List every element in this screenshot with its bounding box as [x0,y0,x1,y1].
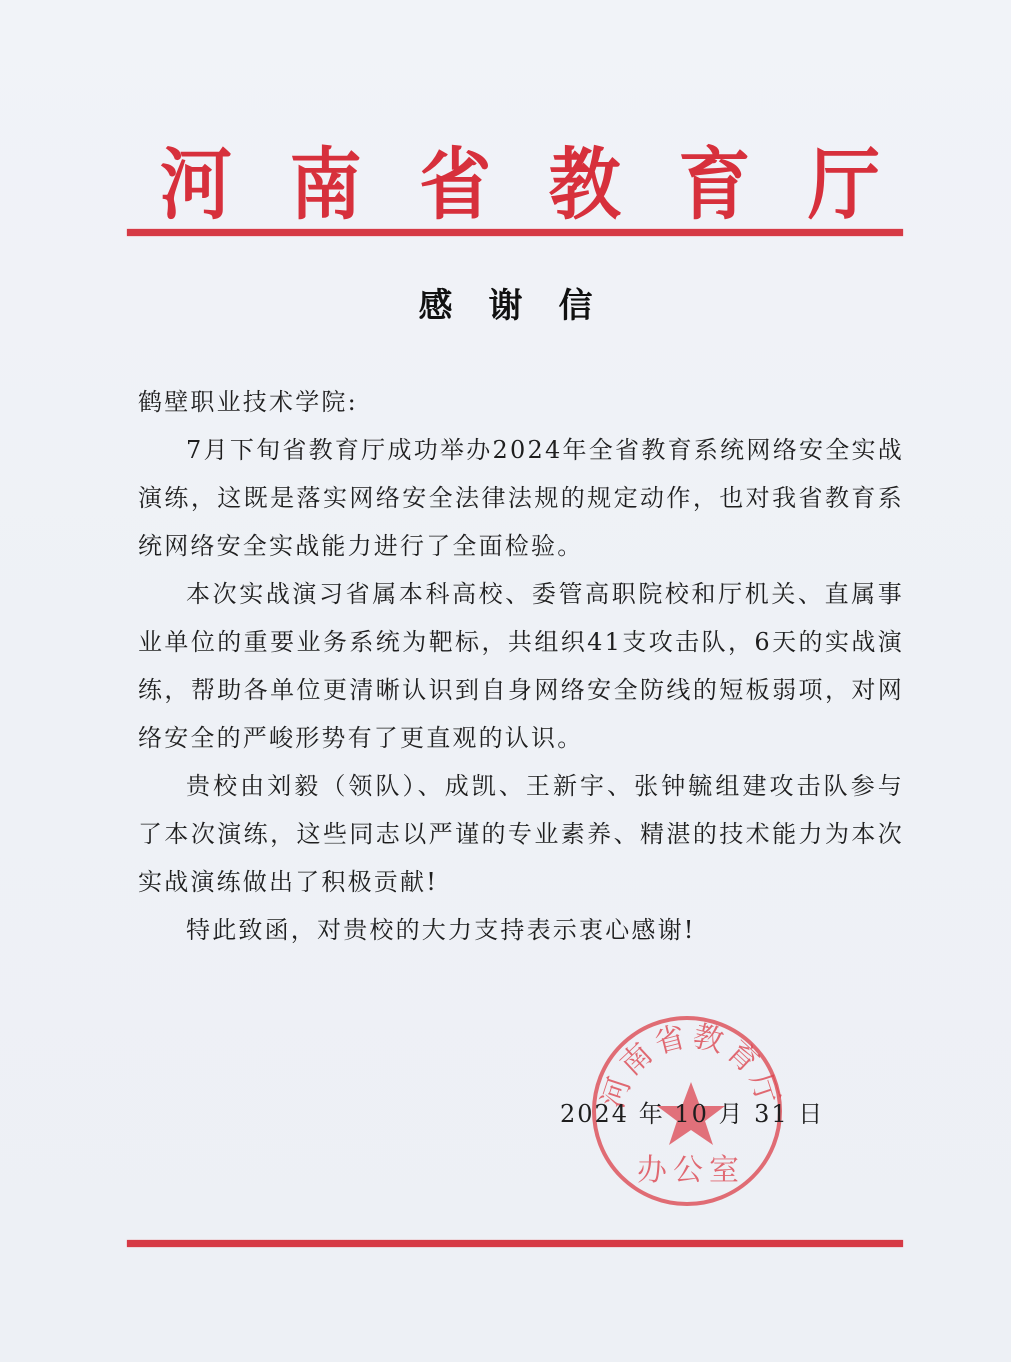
paragraph: 本次实战演习省属本科高校、委管高职院校和厅机关、直属事业单位的重要业务系统为靶标… [138,570,904,762]
letter-body: 鹤壁职业技术学院: 7月下旬省教育厅成功举办2024年全省教育系统网络安全实战演… [138,378,904,954]
letterhead-char: 教 [549,122,621,234]
paragraph: 特此致函，对贵校的大力支持表示衷心感谢! [138,906,904,954]
document-page: 河 南 省 教 育 厅 感谢信 鹤壁职业技术学院: 7月下旬省教育厅成功举办20… [0,0,1011,1362]
seal-bottom-text: 办公室 [637,1153,745,1188]
letter-date: 2024 年 10 月 31 日 [560,1094,824,1129]
letter-title: 感谢信 [0,278,1011,327]
letterhead-char: 河 [160,122,232,234]
letterhead-divider [127,229,903,236]
paragraph: 贵校由刘毅（领队）、成凯、王新宇、张钟毓组建攻击队参与了本次演练，这些同志以严谨… [138,762,904,906]
paragraph: 7月下旬省教育厅成功举办2024年全省教育系统网络安全实战演练，这既是落实网络安… [138,426,904,570]
letterhead-char: 省 [419,122,491,234]
letterhead-char: 育 [678,122,750,234]
letterhead-title: 河 南 省 教 育 厅 [160,128,880,228]
letterhead-char: 南 [290,122,362,234]
footer-divider [127,1240,903,1247]
salutation: 鹤壁职业技术学院: [138,378,904,426]
letterhead-char: 厅 [808,122,880,234]
